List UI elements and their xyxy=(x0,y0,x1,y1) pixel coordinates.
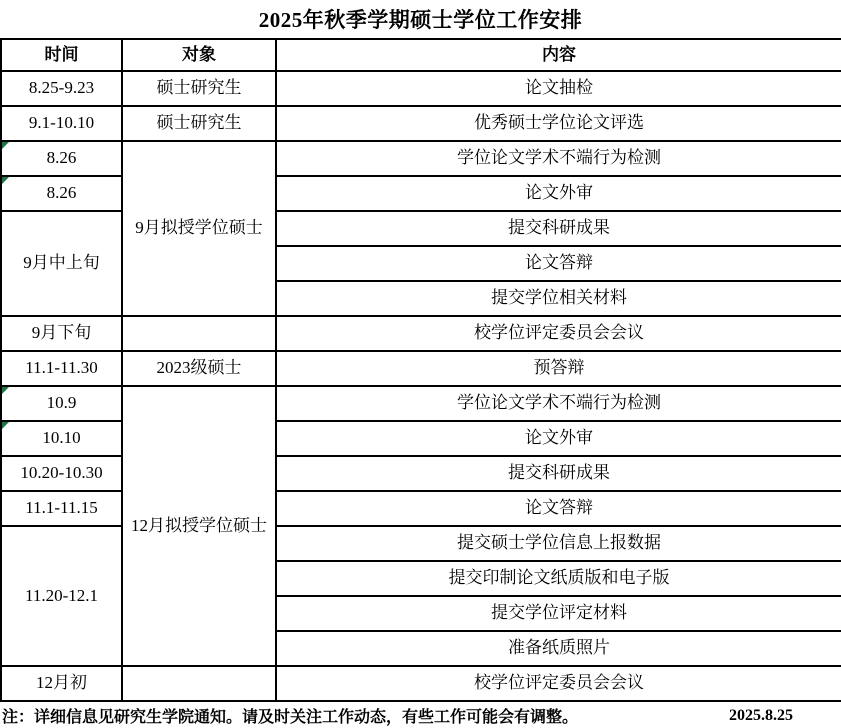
content-text: 学位论文学术不端行为检测 xyxy=(457,393,661,412)
time-text: 10.20-10.30 xyxy=(20,463,102,482)
table-row: 9月下旬 校学位评定委员会会议 xyxy=(1,316,841,351)
table-row: 9.1-10.10 硕士研究生 优秀硕士学位论文评选 xyxy=(1,106,841,141)
time-cell: 12月初 xyxy=(1,666,122,701)
content-text: 提交学位评定材料 xyxy=(491,603,627,622)
content-text: 预答辩 xyxy=(534,358,585,377)
time-text: 11.1-11.30 xyxy=(25,358,97,377)
time-text: 10.10 xyxy=(42,428,80,447)
content-text: 论文答辩 xyxy=(525,253,593,272)
footer-note: 注：详细信息见研究生学院通知。请及时关注工作动态，有些工作可能会有调整。 xyxy=(2,704,578,727)
content-text: 学位论文学术不端行为检测 xyxy=(457,148,661,167)
content-text: 校学位评定委员会会议 xyxy=(474,323,644,342)
content-cell: 提交学位评定材料 xyxy=(276,596,841,631)
target-text: 12月拟授学位硕士 xyxy=(131,516,267,535)
content-cell: 校学位评定委员会会议 xyxy=(276,316,841,351)
target-cell: 硕士研究生 xyxy=(122,106,276,141)
target-cell: 12月拟授学位硕士 xyxy=(122,386,276,666)
time-cell: 10.9 xyxy=(1,386,122,421)
time-cell: 9月中上旬 xyxy=(1,211,122,316)
content-cell: 论文答辩 xyxy=(276,246,841,281)
content-text: 提交科研成果 xyxy=(508,218,610,237)
target-text: 硕士研究生 xyxy=(157,78,242,97)
content-cell: 论文外审 xyxy=(276,421,841,456)
content-cell: 提交学位相关材料 xyxy=(276,281,841,316)
schedule-table: 时间 对象 内容 8.25-9.23 硕士研究生 论文抽检 9.1-10.10 … xyxy=(0,38,841,702)
time-text: 10.9 xyxy=(47,393,77,412)
header-time: 时间 xyxy=(1,39,122,71)
time-text: 12月初 xyxy=(36,673,87,692)
header-row: 时间 对象 内容 xyxy=(1,39,841,71)
time-cell: 11.20-12.1 xyxy=(1,526,122,666)
header-target: 对象 xyxy=(122,39,276,71)
time-cell: 8.26 xyxy=(1,176,122,211)
time-cell: 9月下旬 xyxy=(1,316,122,351)
time-text: 11.20-12.1 xyxy=(25,586,98,605)
table-row: 11.1-11.30 2023级硕士 预答辩 xyxy=(1,351,841,386)
content-cell: 提交印制论文纸质版和电子版 xyxy=(276,561,841,596)
table-row: 10.9 12月拟授学位硕士 学位论文学术不端行为检测 xyxy=(1,386,841,421)
green-corner-marker-icon xyxy=(2,422,9,429)
content-cell: 学位论文学术不端行为检测 xyxy=(276,141,841,176)
green-corner-marker-icon xyxy=(2,177,9,184)
content-text: 论文答辩 xyxy=(525,498,593,517)
time-cell: 8.26 xyxy=(1,141,122,176)
content-cell: 论文答辩 xyxy=(276,491,841,526)
table-row: 8.25-9.23 硕士研究生 论文抽检 xyxy=(1,71,841,106)
content-cell: 论文抽检 xyxy=(276,71,841,106)
content-cell: 学位论文学术不端行为检测 xyxy=(276,386,841,421)
target-cell xyxy=(122,666,276,701)
target-cell: 2023级硕士 xyxy=(122,351,276,386)
target-cell xyxy=(122,316,276,351)
content-cell: 校学位评定委员会会议 xyxy=(276,666,841,701)
time-cell: 10.20-10.30 xyxy=(1,456,122,491)
header-content: 内容 xyxy=(276,39,841,71)
content-text: 论文外审 xyxy=(525,428,593,447)
target-text: 9月拟授学位硕士 xyxy=(135,218,263,237)
table-row: 8.26 9月拟授学位硕士 学位论文学术不端行为检测 xyxy=(1,141,841,176)
content-cell: 提交科研成果 xyxy=(276,456,841,491)
document-page: 2025年秋季学期硕士学位工作安排 时间 对象 内容 8.25-9.23 硕士研… xyxy=(0,0,841,728)
green-corner-marker-icon xyxy=(2,387,9,394)
time-cell: 11.1-11.30 xyxy=(1,351,122,386)
target-cell: 9月拟授学位硕士 xyxy=(122,141,276,316)
content-text: 提交学位相关材料 xyxy=(491,288,627,307)
green-corner-marker-icon xyxy=(2,142,9,149)
time-text: 9.1-10.10 xyxy=(29,113,94,132)
content-text: 论文抽检 xyxy=(525,78,593,97)
table-row: 12月初 校学位评定委员会会议 xyxy=(1,666,841,701)
time-cell: 8.25-9.23 xyxy=(1,71,122,106)
time-text: 8.25-9.23 xyxy=(29,78,94,97)
content-text: 论文外审 xyxy=(525,183,593,202)
content-text: 提交硕士学位信息上报数据 xyxy=(457,533,661,552)
time-text: 9月中上旬 xyxy=(23,253,100,272)
content-cell: 预答辩 xyxy=(276,351,841,386)
time-text: 8.26 xyxy=(47,183,77,202)
content-cell: 论文外审 xyxy=(276,176,841,211)
time-text: 11.1-11.15 xyxy=(25,498,97,517)
time-cell: 9.1-10.10 xyxy=(1,106,122,141)
content-text: 校学位评定委员会会议 xyxy=(474,673,644,692)
time-cell: 10.10 xyxy=(1,421,122,456)
content-text: 准备纸质照片 xyxy=(508,638,610,657)
footer-date: 2025.8.25 xyxy=(729,707,793,725)
content-cell: 优秀硕士学位论文评选 xyxy=(276,106,841,141)
target-text: 硕士研究生 xyxy=(157,113,242,132)
content-text: 提交科研成果 xyxy=(508,463,610,482)
time-cell: 11.1-11.15 xyxy=(1,491,122,526)
target-cell: 硕士研究生 xyxy=(122,71,276,106)
target-text: 2023级硕士 xyxy=(157,358,242,377)
content-cell: 准备纸质照片 xyxy=(276,631,841,666)
content-text: 提交印制论文纸质版和电子版 xyxy=(449,568,670,587)
content-text: 优秀硕士学位论文评选 xyxy=(474,113,644,132)
content-cell: 提交硕士学位信息上报数据 xyxy=(276,526,841,561)
page-title: 2025年秋季学期硕士学位工作安排 xyxy=(0,0,841,38)
time-text: 8.26 xyxy=(47,148,77,167)
time-text: 9月下旬 xyxy=(32,323,92,342)
footer-note-bar: 注：详细信息见研究生学院通知。请及时关注工作动态，有些工作可能会有调整。 202… xyxy=(0,702,841,728)
content-cell: 提交科研成果 xyxy=(276,211,841,246)
